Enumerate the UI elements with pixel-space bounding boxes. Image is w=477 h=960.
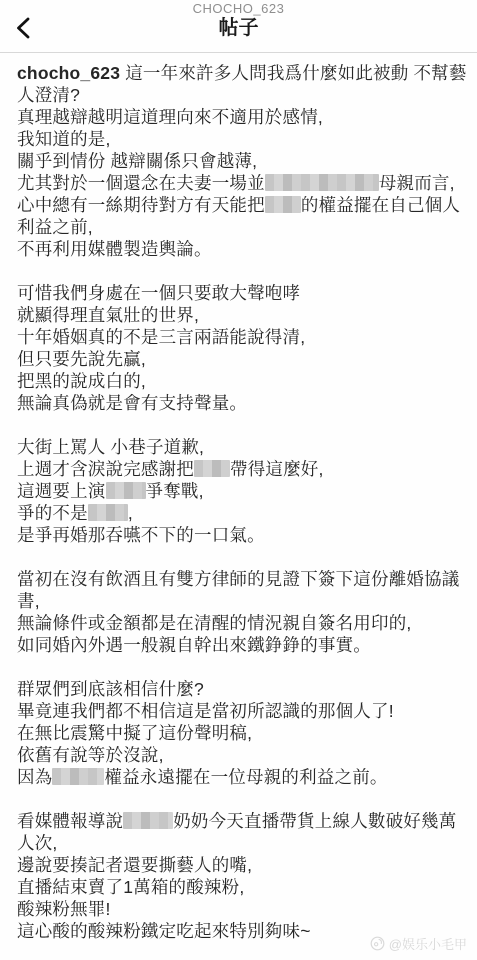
post-body: chocho_623 這一年來許多人問我爲什麼如此被動 不幫藝人澄清?真理越辯越… [0,53,477,942]
post-line: 心中總有一絲期待對方有天能把的權益擺在自己個人利益之前, [17,194,469,238]
nav-username: CHOCHO_623 [0,2,477,15]
post-line: 邊說要揍記者還要撕藝人的嘴, [17,854,469,876]
post-line: 因為權益永遠擺在一位母親的利益之前。 [17,766,469,788]
post-line: 真理越辯越明這道理向來不適用於感情, [17,106,469,128]
post-text: 我知道的是, [17,129,111,149]
post-text: 上週才含淚說完感謝把 [17,459,194,479]
post-paragraph: 當初在沒有飲酒且有雙方律師的見證下簽下這份離婚協議書,無論條件或金額都是在清醒的… [17,568,469,656]
post-text: 直播結束賣了1萬箱的酸辣粉, [17,877,244,897]
post-line: 無論條件或金額都是在清醒的情況親自簽名用印的, [17,612,469,634]
post-text: 但只要先說先贏, [17,349,146,369]
post-text: 依舊有說等於沒說, [17,745,164,765]
post-text: 邊說要揍記者還要撕藝人的嘴, [17,855,252,875]
post-screen: CHOCHO_623 帖子 chocho_623 這一年來許多人問我爲什麼如此被… [0,0,477,960]
post-text: 因為 [17,767,52,787]
post-text: 大街上罵人 小巷子道歉, [17,437,204,457]
post-text: 在無比震驚中擬了這份聲明稿, [17,723,252,743]
post-text: 無論真偽就是會有支持聲量。 [17,393,247,413]
post-line: 看媒體報導說奶奶今天直播帶貨上線人數破好幾萬人次, [17,810,469,854]
post-line: 我知道的是, [17,128,469,150]
post-text: 畢竟連我們都不相信這是當初所認識的那個人了! [17,701,394,721]
post-text: 無論條件或金額都是在清醒的情況親自簽名用印的, [17,613,411,633]
post-paragraph: chocho_623 這一年來許多人問我爲什麼如此被動 不幫藝人澄清?真理越辯越… [17,62,469,260]
post-text: 尤其對於一個還念在夫妻一場並 [17,173,265,193]
post-text: 就顯得理直氣壯的世界, [17,305,199,325]
post-line: 這週要上演爭奪戰, [17,480,469,502]
post-line: 酸辣粉無罪! [17,898,469,920]
post-line: 但只要先說先贏, [17,348,469,370]
post-text: 當初在沒有飲酒且有雙方律師的見證下簽下這份離婚協議書, [17,569,460,611]
post-text: 把黑的說成白的, [17,371,146,391]
post-text: 這週要上演 [17,481,106,501]
post-paragraph: 大街上罵人 小巷子道歉,上週才含淚說完感謝把帶得這麼好,這週要上演爭奪戰,爭的不… [17,436,469,546]
post-line: chocho_623 這一年來許多人問我爲什麼如此被動 不幫藝人澄清? [17,62,469,106]
nav-titles: CHOCHO_623 帖子 [0,2,477,38]
post-text: 看媒體報導說 [17,811,123,831]
post-line: 群眾們到底該相信什麼? [17,678,469,700]
post-line: 可惜我們身處在一個只要敢大聲咆哮 [17,282,469,304]
post-line: 不再利用媒體製造輿論。 [17,238,469,260]
post-line: 關乎到情份 越辯關係只會越薄, [17,150,469,172]
censored-text-blur [52,768,104,785]
nav-bar: CHOCHO_623 帖子 [0,0,477,53]
censored-text-blur [194,460,230,477]
post-line: 畢竟連我們都不相信這是當初所認識的那個人了! [17,700,469,722]
post-text: 群眾們到底該相信什麼? [17,679,204,699]
post-text: 心中總有一絲期待對方有天能把 [17,195,265,215]
post-line: 爭的不是, [17,502,469,524]
censored-text-blur [106,482,146,499]
post-text: 爭奪戰, [146,481,204,501]
post-line: 當初在沒有飲酒且有雙方律師的見證下簽下這份離婚協議書, [17,568,469,612]
post-text: 母親而言, [379,173,455,193]
post-line: 依舊有說等於沒說, [17,744,469,766]
post-paragraph: 可惜我們身處在一個只要敢大聲咆哮就顯得理直氣壯的世界,十年婚姻真的不是三言兩語能… [17,282,469,414]
post-line: 在無比震驚中擬了這份聲明稿, [17,722,469,744]
post-line: 尤其對於一個還念在夫妻一場並母親而言, [17,172,469,194]
weibo-logo-icon [370,936,385,951]
post-text: 這心酸的酸辣粉鐵定吃起來特別夠味~ [17,921,311,941]
post-line: 大街上罵人 小巷子道歉, [17,436,469,458]
post-line: 十年婚姻真的不是三言兩語能說得清, [17,326,469,348]
censored-text-blur [265,174,379,191]
post-text: , [128,503,133,523]
post-line: 上週才含淚說完感謝把帶得這麼好, [17,458,469,480]
post-paragraph: 群眾們到底該相信什麼?畢竟連我們都不相信這是當初所認識的那個人了!在無比震驚中擬… [17,678,469,788]
post-text: 是爭再婚那吞嚥不下的一口氣。 [17,525,265,545]
post-line: 把黑的說成白的, [17,370,469,392]
post-text: 可惜我們身處在一個只要敢大聲咆哮 [17,283,300,303]
watermark-text: @娱乐小毛甲 [389,934,467,953]
post-line: 是爭再婚那吞嚥不下的一口氣。 [17,524,469,546]
censored-text-blur [123,812,173,829]
post-line: 直播結束賣了1萬箱的酸辣粉, [17,876,469,898]
post-text: 如同婚內外遇一般親自幹出來鐵錚錚的事實。 [17,635,371,655]
post-line: 就顯得理直氣壯的世界, [17,304,469,326]
page-title: 帖子 [0,18,477,38]
censored-text-blur [265,196,301,213]
post-text: 爭的不是 [17,503,88,523]
post-author-handle: chocho_623 [17,63,125,83]
post-line: 如同婚內外遇一般親自幹出來鐵錚錚的事實。 [17,634,469,656]
post-text: 關乎到情份 越辯關係只會越薄, [17,151,257,171]
post-text: 酸辣粉無罪! [17,899,111,919]
watermark: @娱乐小毛甲 [370,934,467,953]
post-text: 真理越辯越明這道理向來不適用於感情, [17,107,323,127]
post-text: 權益永遠擺在一位母親的利益之前。 [104,767,387,787]
post-text: 不再利用媒體製造輿論。 [17,239,212,259]
post-line: 無論真偽就是會有支持聲量。 [17,392,469,414]
post-paragraph: 看媒體報導說奶奶今天直播帶貨上線人數破好幾萬人次,邊說要揍記者還要撕藝人的嘴,直… [17,810,469,942]
post-text: 十年婚姻真的不是三言兩語能說得清, [17,327,305,347]
post-text: 帶得這麼好, [230,459,324,479]
censored-text-blur [88,504,128,521]
